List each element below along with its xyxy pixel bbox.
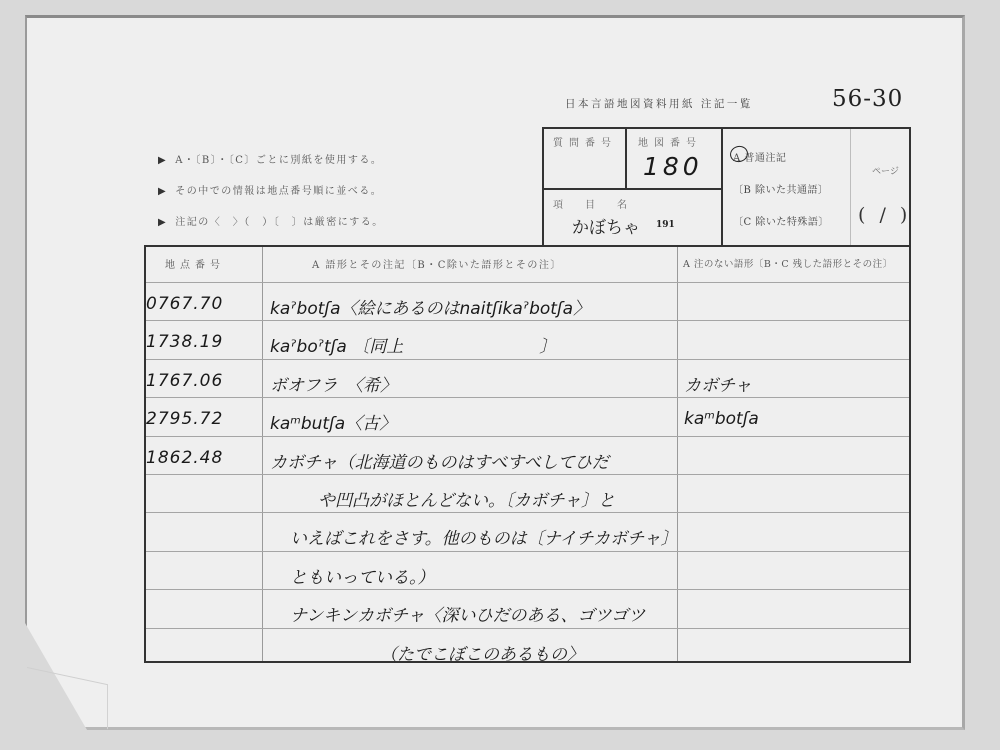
item-name-label: 項目名 <box>553 196 649 211</box>
form-note: カボチャ（北海道のものはすべすべしてひだ <box>270 448 609 473</box>
divider <box>721 127 723 246</box>
item-code: 191 <box>656 220 675 230</box>
page-label: ページ <box>872 164 899 177</box>
form-note: いえばこれをさす。他のものは〔ナイチカボチャ〕 <box>290 524 678 549</box>
location-number: 0767.70 <box>146 294 223 314</box>
location-number: 1767.06 <box>146 371 223 391</box>
location-number: 1862.48 <box>146 448 223 468</box>
column-header-plain-form: A 注のない語形〔B・C 残した語形とその注〕 <box>683 256 893 270</box>
page-value: ( / ) <box>858 204 911 226</box>
row-line <box>146 359 909 360</box>
row-line <box>146 282 909 283</box>
column-divider <box>677 247 678 661</box>
option-c: 〔C 除いた特殊語〕 <box>733 213 829 228</box>
option-b: 〔B 除いた共通語〕 <box>733 181 829 196</box>
row-line <box>146 628 909 629</box>
map-no-label: 地図番号 <box>638 134 702 149</box>
card-number: 56-30 <box>832 86 903 112</box>
form-note: kaᵐbutʃa〈古〉 <box>270 409 396 434</box>
column-header-location: 地点番号 <box>165 256 225 271</box>
option-a: A 普通注記 <box>733 149 786 164</box>
row-line <box>146 474 909 475</box>
row-line <box>146 436 909 437</box>
divider <box>625 127 627 190</box>
plain-form: カボチャ <box>684 371 752 396</box>
triangle-bullet-icon: ▶ <box>158 217 167 228</box>
location-number: 1738.19 <box>146 332 223 352</box>
form-title: 日本言語地図資料用紙 注記一覧 <box>565 96 753 111</box>
row-line <box>146 397 909 398</box>
form-note: kaˀboˀtʃa 〔同上 〕 <box>270 332 556 357</box>
form-note: ボオフラ 〈希〉 <box>270 371 397 396</box>
map-no-value: 180 <box>643 152 703 181</box>
form-note: ナンキンカボチャ〈深いひだのある、ゴツゴツ <box>290 601 645 626</box>
form-note: ともいっている。） <box>290 563 435 588</box>
triangle-bullet-icon: ▶ <box>158 186 167 197</box>
column-header-form-note: A 語形とその注記〔B・C除いた語形とその注〕 <box>312 256 562 271</box>
instruction-3: ▶注記の〈 〉（ ）〔 〕は厳密にする。 <box>158 213 384 228</box>
form-note: kaˀbotʃa〈絵にあるのはnaitʃikaˀbotʃa〉 <box>270 294 590 319</box>
row-line <box>146 551 909 552</box>
divider <box>542 188 723 190</box>
instruction-2: ▶その中での情報は地点番号順に並べる。 <box>158 182 382 197</box>
triangle-bullet-icon: ▶ <box>158 155 167 166</box>
instruction-1: ▶A・〔B〕・〔C〕ごとに別紙を使用する。 <box>158 151 382 166</box>
form-note: （たでこぼこのあるもの〉 <box>380 640 584 665</box>
divider <box>850 129 851 245</box>
row-line <box>146 320 909 321</box>
item-name-value: かぼちゃ <box>572 213 640 238</box>
row-line <box>146 589 909 590</box>
form-note: や凹凸がほとんどない。〔カボチャ〕と <box>318 486 615 511</box>
plain-form: kaᵐbotʃa <box>684 409 759 429</box>
location-number: 2795.72 <box>146 409 223 429</box>
row-line <box>146 512 909 513</box>
column-divider <box>262 247 263 661</box>
question-no-label: 質問番号 <box>553 134 617 149</box>
